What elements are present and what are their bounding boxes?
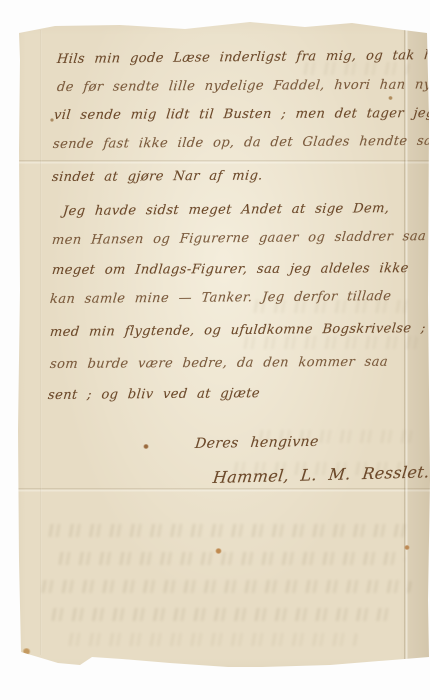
handwriting-line-4: sende fast ikke ilde op, da det Glades h… — [52, 134, 430, 152]
verso-bleedthrough — [65, 633, 360, 646]
foxing-spot — [404, 545, 410, 550]
handwriting-line-2: de før sendte lille nydelige Faddel, hvo… — [56, 77, 430, 95]
handwriting-line-3: vil sende mig lidt til Busten ; men det … — [53, 106, 430, 123]
handwriting-line-11: som burde være bedre, da den kommer saa — [49, 355, 388, 372]
verso-bleedthrough — [45, 524, 410, 537]
foxing-spot — [215, 548, 222, 554]
handwriting-line-9: kan samle mine — Tanker. Jeg derfor till… — [49, 289, 392, 307]
fold-crease-horizontal-top — [18, 160, 430, 164]
verso-bleedthrough — [240, 336, 420, 349]
handwriting-line-6: Jeg havde sidst meget Andet at sige Dem, — [62, 201, 390, 219]
verso-bleedthrough — [38, 580, 413, 593]
foxing-spot — [388, 96, 393, 100]
verso-bleedthrough — [55, 552, 405, 565]
handwriting-line-5: sindet at gjøre Nar af mig. — [51, 169, 263, 185]
handwriting-line-12: sent ; og bliv ved at gjæte — [47, 386, 260, 403]
fold-crease-vertical-left — [40, 30, 42, 655]
letter-scan: Hils min gode Læse inderligst fra mig, o… — [0, 0, 430, 700]
letter-sheet: Hils min gode Læse inderligst fra mig, o… — [0, 0, 430, 700]
foxing-spot — [143, 444, 149, 449]
fold-crease-horizontal-bottom — [18, 488, 430, 492]
handwriting-line-7: men Hansen og Figurerne gaaer og sladdre… — [51, 229, 427, 248]
closing-line: Deres hengivne — [194, 434, 319, 452]
verso-bleedthrough — [48, 608, 393, 621]
foxing-spot — [22, 648, 31, 655]
handwriting-line-8: meget om Indlags-Figurer, saa jeg aldele… — [51, 261, 409, 278]
